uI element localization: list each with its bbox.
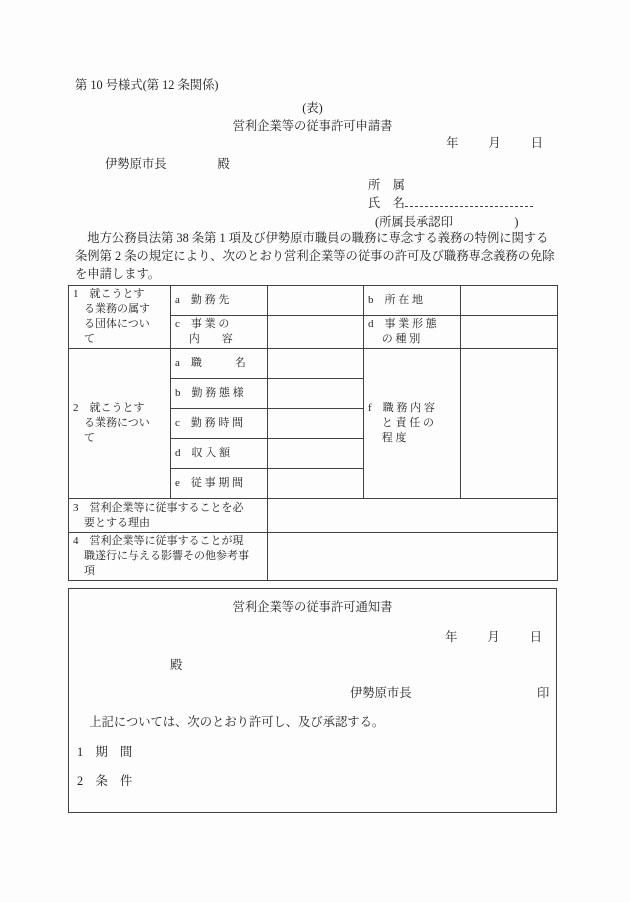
table-row: 1 就こうとす る業務の属す る団体につい て a 勤 務 先 b 所 在 地 (69, 286, 558, 316)
notice-item-period: 1 期 間 (77, 743, 132, 761)
name-fill-line (405, 195, 533, 207)
application-table: 1 就こうとす る業務の属す る団体につい て a 勤 務 先 b 所 在 地 … (68, 285, 558, 581)
notice-title: 営利企業等の従事許可通知書 (69, 598, 556, 616)
notice-issuer-name: 伊勢原市長 (350, 684, 412, 702)
value-cell-duties-responsibility (461, 349, 558, 499)
notice-section: 営利企業等の従事許可通知書 年月日 殿 伊勢原市長 印 上記については、次のとお… (68, 588, 557, 813)
date-month-label: 月 (488, 136, 500, 150)
value-cell-business-content (268, 316, 364, 349)
label-job-title: a 職 名 (171, 349, 268, 379)
value-cell-reason (268, 499, 558, 533)
value-cell-influence-notes (268, 533, 558, 581)
notice-item-conditions: 2 条 件 (77, 772, 132, 790)
notice-body-text: 上記については、次のとおり許可し、及び承認する。 (77, 713, 547, 731)
section3-header-cell: 3 営利企業等に従事することを必 要とする理由 (69, 499, 268, 533)
notice-date-year-label: 年 (445, 630, 457, 644)
label-engagement-period: e 従 事 期 間 (171, 469, 268, 499)
label-location: b 所 在 地 (364, 286, 461, 316)
application-date-line: 年月日 (68, 134, 557, 152)
table-row: 3 営利企業等に従事することを必 要とする理由 (69, 499, 558, 533)
notice-date-day-label: 日 (530, 630, 542, 644)
label-work-style: b 勤 務 態 様 (171, 379, 268, 409)
notice-date-month-label: 月 (487, 630, 499, 644)
value-cell-workplace (268, 286, 364, 316)
value-cell-work-style (268, 379, 364, 409)
value-cell-income (268, 439, 364, 469)
application-title: 営利企業等の従事許可申請書 (68, 117, 557, 135)
applicant-identity-block: 所 属 氏 名 (所属長承認印 ) (368, 176, 533, 231)
value-cell-location (461, 286, 558, 316)
notice-date-line: 年月日 (69, 628, 556, 646)
label-duties-responsibility: f 職 務 内 容 と 責 任 の 程 度 (364, 349, 461, 499)
name-label: 氏 名 (368, 196, 405, 210)
application-body-paragraph: 地方公務員法第 38 条第 1 項及び伊勢原市職員の職務に専念する義務の特例に関… (75, 229, 557, 283)
label-income: d 収 入 額 (171, 439, 268, 469)
section2-header-cell: 2 就こうとす る業務につい て (69, 349, 171, 499)
affiliation-label: 所 属 (368, 176, 533, 194)
label-workplace: a 勤 務 先 (171, 286, 268, 316)
notice-recipient-honorific: 殿 (170, 656, 182, 674)
section4-header-cell: 4 営利企業等に従事することが現 職遂行に与える影響その他参考事 項 (69, 533, 268, 581)
value-cell-job-title (268, 349, 364, 379)
form-document-page: 第 10 号様式(第 12 条関係) (表) 営利企業等の従事許可申請書 年月日… (0, 0, 630, 903)
date-day-label: 日 (531, 136, 543, 150)
value-cell-work-hours (268, 409, 364, 439)
addressee-name: 伊勢原市長 (105, 157, 167, 171)
name-row: 氏 名 (368, 194, 533, 212)
label-work-hours: c 勤 務 時 間 (171, 409, 268, 439)
value-cell-engagement-period (268, 469, 364, 499)
addressee-line: 伊勢原市長殿 (105, 155, 230, 173)
section1-header-cell: 1 就こうとす る業務の属す る団体につい て (69, 286, 171, 349)
label-business-content: c 事 業 の 内 容 (171, 316, 268, 349)
table-row: 4 営利企業等に従事することが現 職遂行に与える影響その他参考事 項 (69, 533, 558, 581)
notice-seal-label: 印 (537, 684, 549, 702)
table-row: 2 就こうとす る業務につい て a 職 名 f 職 務 内 容 と 責 任 の… (69, 349, 558, 379)
addressee-honorific: 殿 (218, 157, 230, 171)
form-number: 第 10 号様式(第 12 条関係) (75, 76, 218, 94)
form-side-label: (表) (68, 99, 557, 117)
label-business-type: d 事 業 形 態 の 種 別 (364, 316, 461, 349)
date-year-label: 年 (446, 136, 458, 150)
value-cell-business-type (461, 316, 558, 349)
